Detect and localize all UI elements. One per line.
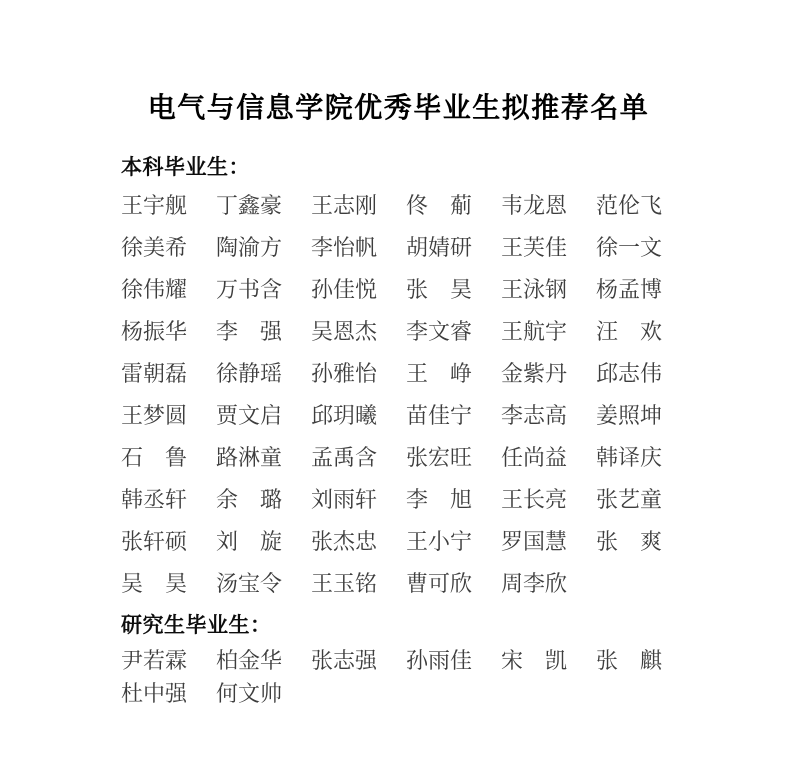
graduate-name: 刘雨轩 xyxy=(311,483,406,514)
graduate-name: 吴恩杰 xyxy=(311,315,406,346)
name-row: 张轩硕刘 旋张杰忠王小宁罗国慧张 爽 xyxy=(121,519,676,561)
document-page: 电气与信息学院优秀毕业生拟推荐名单 本科毕业生： 王宇舰丁鑫豪王志刚佟 葪韦龙恩… xyxy=(0,0,794,777)
graduate-name: 尹若霖 xyxy=(121,644,216,675)
graduate-name: 陶渝方 xyxy=(216,231,311,262)
graduate-name: 孙佳悦 xyxy=(311,273,406,304)
graduate-name: 韦龙恩 xyxy=(501,189,596,220)
graduate-name: 张艺童 xyxy=(596,483,662,514)
name-row: 吴 昊汤宝令王玉铭曹可欣周李欣 xyxy=(121,561,676,603)
graduate-name: 宋 凯 xyxy=(501,644,596,675)
graduate-name: 王航宇 xyxy=(501,315,596,346)
page-title: 电气与信息学院优秀毕业生拟推荐名单 xyxy=(121,0,676,126)
name-row: 王梦圆贾文启邱玥曦苗佳宁李志高姜照坤 xyxy=(121,393,676,435)
graduate-name: 王玉铭 xyxy=(311,567,406,598)
name-row: 徐美希陶渝方李怡帆胡婧研王芙佳徐一文 xyxy=(121,225,676,267)
graduate-name: 张 爽 xyxy=(596,525,662,556)
section-postgraduate: 研究生毕业生： 尹若霖柏金华张志强孙雨佳宋 凯张 麒杜中强何文帅 xyxy=(121,613,676,709)
graduate-name: 路淋童 xyxy=(216,441,311,472)
graduate-name: 丁鑫豪 xyxy=(216,189,311,220)
graduate-name: 刘 旋 xyxy=(216,525,311,556)
graduate-name: 周李欣 xyxy=(501,567,567,598)
graduate-name: 李 强 xyxy=(216,315,311,346)
section-undergraduate: 本科毕业生： 王宇舰丁鑫豪王志刚佟 葪韦龙恩范伦飞徐美希陶渝方李怡帆胡婧研王芙佳… xyxy=(121,155,676,603)
graduate-name: 任尚益 xyxy=(501,441,596,472)
graduate-name: 余 璐 xyxy=(216,483,311,514)
graduate-name: 张宏旺 xyxy=(406,441,501,472)
graduate-name: 杨振华 xyxy=(121,315,216,346)
name-row: 尹若霖柏金华张志强孙雨佳宋 凯张 麒 xyxy=(121,643,676,676)
graduate-name: 石 鲁 xyxy=(121,441,216,472)
graduate-name: 李 旭 xyxy=(406,483,501,514)
section-heading-postgraduate: 研究生毕业生： xyxy=(121,613,676,637)
graduate-name: 王梦圆 xyxy=(121,399,216,430)
section-heading-undergraduate: 本科毕业生： xyxy=(121,155,676,179)
graduate-name: 万书含 xyxy=(216,273,311,304)
name-row: 杨振华李 强吴恩杰李文睿王航宇汪 欢 xyxy=(121,309,676,351)
graduate-name: 佟 葪 xyxy=(406,189,501,220)
graduate-name: 胡婧研 xyxy=(406,231,501,262)
graduate-name: 徐伟耀 xyxy=(121,273,216,304)
graduate-name: 徐美希 xyxy=(121,231,216,262)
graduate-name: 王泳钢 xyxy=(501,273,596,304)
graduate-name: 金紫丹 xyxy=(501,357,596,388)
postgraduate-name-list: 尹若霖柏金华张志强孙雨佳宋 凯张 麒杜中强何文帅 xyxy=(121,643,676,709)
graduate-name: 韩丞轩 xyxy=(121,483,216,514)
graduate-name: 孟禹含 xyxy=(311,441,406,472)
graduate-name: 邱志伟 xyxy=(596,357,662,388)
graduate-name: 雷朝磊 xyxy=(121,357,216,388)
graduate-name: 范伦飞 xyxy=(596,189,662,220)
graduate-name: 苗佳宁 xyxy=(406,399,501,430)
graduate-name: 何文帅 xyxy=(216,677,282,708)
graduate-name: 王志刚 xyxy=(311,189,406,220)
graduate-name: 王长亮 xyxy=(501,483,596,514)
graduate-name: 吴 昊 xyxy=(121,567,216,598)
graduate-name: 李文睿 xyxy=(406,315,501,346)
graduate-name: 张 昊 xyxy=(406,273,501,304)
graduate-name: 杜中强 xyxy=(121,677,216,708)
graduate-name: 汪 欢 xyxy=(596,315,662,346)
graduate-name: 姜照坤 xyxy=(596,399,662,430)
graduate-name: 曹可欣 xyxy=(406,567,501,598)
name-row: 石 鲁路淋童孟禹含张宏旺任尚益韩译庆 xyxy=(121,435,676,477)
graduate-name: 王宇舰 xyxy=(121,189,216,220)
graduate-name: 徐静瑶 xyxy=(216,357,311,388)
graduate-name: 贾文启 xyxy=(216,399,311,430)
name-row: 雷朝磊徐静瑶孙雅怡王 峥金紫丹邱志伟 xyxy=(121,351,676,393)
graduate-name: 李怡帆 xyxy=(311,231,406,262)
graduate-name: 柏金华 xyxy=(216,644,311,675)
graduate-name: 王 峥 xyxy=(406,357,501,388)
graduate-name: 张轩硕 xyxy=(121,525,216,556)
graduate-name: 王小宁 xyxy=(406,525,501,556)
graduate-name: 李志高 xyxy=(501,399,596,430)
graduate-name: 徐一文 xyxy=(596,231,662,262)
graduate-name: 邱玥曦 xyxy=(311,399,406,430)
graduate-name: 孙雅怡 xyxy=(311,357,406,388)
name-row: 杜中强何文帅 xyxy=(121,676,676,709)
graduate-name: 韩译庆 xyxy=(596,441,662,472)
name-row: 韩丞轩余 璐刘雨轩李 旭王长亮张艺童 xyxy=(121,477,676,519)
name-row: 徐伟耀万书含孙佳悦张 昊王泳钢杨孟博 xyxy=(121,267,676,309)
undergraduate-name-list: 王宇舰丁鑫豪王志刚佟 葪韦龙恩范伦飞徐美希陶渝方李怡帆胡婧研王芙佳徐一文徐伟耀万… xyxy=(121,183,676,603)
graduate-name: 孙雨佳 xyxy=(406,644,501,675)
graduate-name: 张志强 xyxy=(311,644,406,675)
graduate-name: 杨孟博 xyxy=(596,273,662,304)
name-row: 王宇舰丁鑫豪王志刚佟 葪韦龙恩范伦飞 xyxy=(121,183,676,225)
graduate-name: 罗国慧 xyxy=(501,525,596,556)
graduate-name: 王芙佳 xyxy=(501,231,596,262)
graduate-name: 张杰忠 xyxy=(311,525,406,556)
graduate-name: 张 麒 xyxy=(596,644,662,675)
graduate-name: 汤宝令 xyxy=(216,567,311,598)
